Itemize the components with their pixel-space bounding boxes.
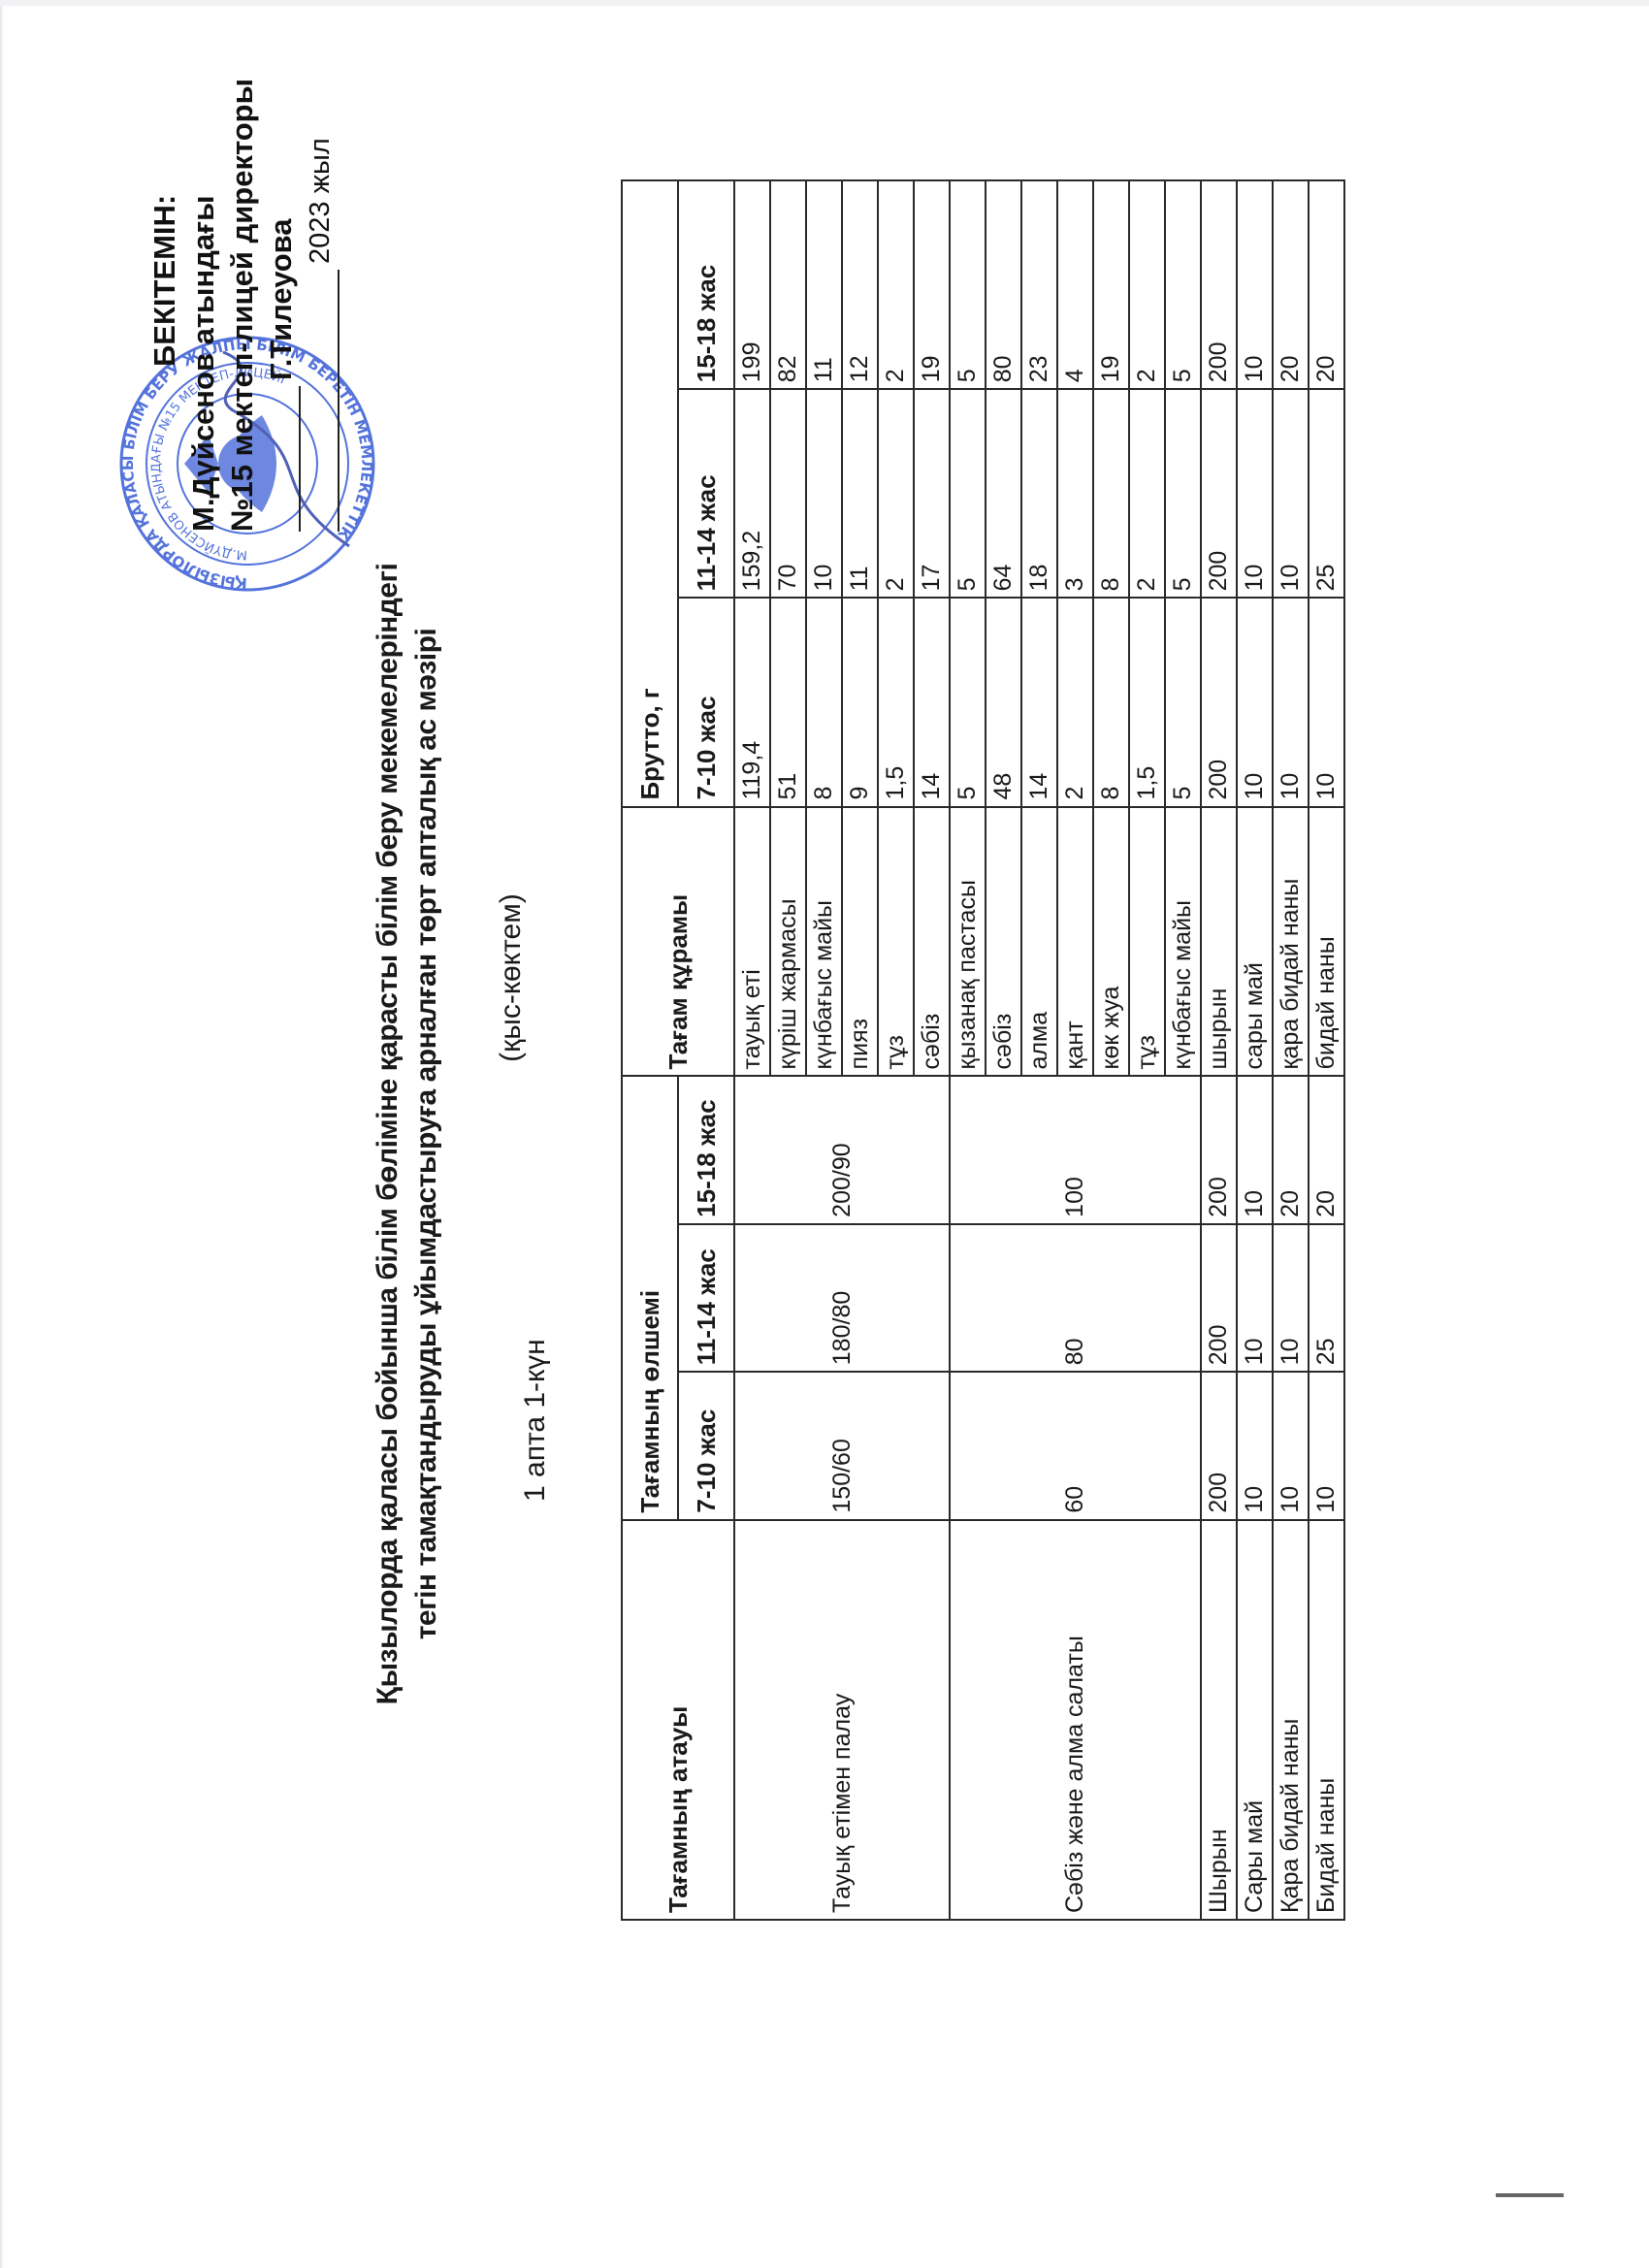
brutto-value-cell: 51: [770, 598, 806, 806]
brutto-value-cell: 2: [878, 389, 914, 598]
ingredient-name-cell: пияз: [842, 807, 878, 1077]
header-brutto-age-11-14: 11-14 жас: [678, 389, 734, 598]
ingredient-name-cell: күнбағыс майы: [806, 807, 842, 1077]
table-header-row: Тағамның атауы Тағамның өлшемі Тағам құр…: [622, 180, 678, 1920]
brutto-value-cell: 18: [1021, 389, 1057, 598]
brutto-value-cell: 11: [842, 389, 878, 598]
scan-edge: [0, 0, 4, 2268]
brutto-value-cell: 200: [1201, 598, 1237, 806]
brutto-value-cell: 8: [806, 598, 842, 806]
brutto-value-cell: 2: [1057, 598, 1093, 806]
brutto-value-cell: 2: [1129, 389, 1165, 598]
table-row: Бидай наны102520бидай наны102520: [1309, 180, 1344, 1920]
ingredient-name-cell: көк жуа: [1093, 807, 1129, 1077]
ingredient-name-cell: тұз: [1129, 807, 1165, 1077]
ingredient-name-cell: қант: [1057, 807, 1093, 1077]
ingredient-name-cell: қызанақ пастасы: [950, 807, 986, 1077]
brutto-value-cell: 5: [1165, 598, 1201, 806]
menu-table: Тағамның атауы Тағамның өлшемі Тағам құр…: [621, 179, 1345, 1921]
brutto-value-cell: 5: [950, 389, 986, 598]
brutto-value-cell: 80: [986, 180, 1021, 389]
brutto-value-cell: 119,4: [734, 598, 770, 806]
portion-size-cell: 10: [1309, 1372, 1344, 1519]
portion-size-cell: 200: [1201, 1372, 1237, 1519]
header-dish-name: Тағамның атауы: [622, 1520, 734, 1920]
portion-size-cell: 80: [950, 1224, 1201, 1372]
brutto-value-cell: 70: [770, 389, 806, 598]
portion-size-cell: 10: [1273, 1224, 1309, 1372]
portion-size-cell: 20: [1273, 1076, 1309, 1223]
table-row: Тауық етімен палау150/60180/80200/90тауы…: [734, 180, 770, 1920]
brutto-value-cell: 5: [950, 598, 986, 806]
ingredient-name-cell: тұз: [878, 807, 914, 1077]
date-blank: [308, 270, 339, 532]
brutto-value-cell: 1,5: [1129, 598, 1165, 806]
brutto-value-cell: 199: [734, 180, 770, 389]
brutto-value-cell: 25: [1309, 389, 1344, 598]
ingredient-name-cell: сәбіз: [914, 807, 950, 1077]
brutto-value-cell: 64: [986, 389, 1021, 598]
portion-size-cell: 180/80: [734, 1224, 950, 1372]
portion-size-cell: 150/60: [734, 1372, 950, 1519]
brutto-value-cell: 10: [1309, 598, 1344, 806]
dish-name-cell: Қара бидай наны: [1273, 1520, 1309, 1920]
brutto-value-cell: 19: [914, 180, 950, 389]
ingredient-name-cell: күріш жармасы: [770, 807, 806, 1077]
brutto-value-cell: 48: [986, 598, 1021, 806]
brutto-value-cell: 3: [1057, 389, 1093, 598]
header-brutto-age-15-18: 15-18 жас: [678, 180, 734, 389]
brutto-value-cell: 14: [1021, 598, 1057, 806]
ingredient-name-cell: күнбағыс майы: [1165, 807, 1201, 1077]
signature-blank: [270, 386, 301, 532]
dish-name-cell: Сары май: [1237, 1520, 1273, 1920]
brutto-value-cell: 5: [950, 180, 986, 389]
portion-size-cell: 10: [1237, 1372, 1273, 1519]
document-title: Қызылорда қаласы бойынша білім бөліміне …: [369, 0, 446, 2268]
header-portion-size: Тағамның өлшемі: [622, 1076, 678, 1519]
dish-name-cell: Шырын: [1201, 1520, 1237, 1920]
table-row: Сәбіз және алма салаты6080100қызанақ пас…: [950, 180, 986, 1920]
scan-artifact: [1496, 2193, 1564, 2197]
header-brutto: Брутто, г: [622, 180, 678, 807]
brutto-value-cell: 200: [1201, 180, 1237, 389]
portion-size-cell: 200/90: [734, 1076, 950, 1223]
table-row: Қара бидай наны101020қара бидай наны1010…: [1273, 180, 1309, 1920]
header-size-age-11-14: 11-14 жас: [678, 1224, 734, 1372]
title-line-1: Қызылорда қаласы бойынша білім бөліміне …: [369, 0, 407, 2268]
header-composition: Тағам құрамы: [622, 807, 734, 1077]
header-size-age-7-10: 7-10 жас: [678, 1372, 734, 1519]
brutto-value-cell: 2: [878, 180, 914, 389]
table-row: Шырын200200200шырын200200200: [1201, 180, 1237, 1920]
brutto-value-cell: 5: [1165, 389, 1201, 598]
ingredient-name-cell: алма: [1021, 807, 1057, 1077]
scan-edge: [0, 0, 1649, 6]
header-size-age-15-18: 15-18 жас: [678, 1076, 734, 1223]
brutto-value-cell: 20: [1273, 180, 1309, 389]
ingredient-name-cell: сары май: [1237, 807, 1273, 1077]
approval-year: 2023 жыл: [301, 138, 339, 264]
dish-name-cell: Бидай наны: [1309, 1520, 1344, 1920]
brutto-value-cell: 9: [842, 598, 878, 806]
brutto-value-cell: 8: [1093, 389, 1129, 598]
approval-school-line: М.Дүйсенов атындағы: [184, 66, 223, 532]
portion-size-cell: 60: [950, 1372, 1201, 1519]
approval-position-line: №15 мектеп-лицей директоры: [223, 66, 262, 532]
approval-title: БЕКІТЕМІН:: [145, 66, 184, 532]
brutto-value-cell: 23: [1021, 180, 1057, 389]
ingredient-name-cell: тауық еті: [734, 807, 770, 1077]
signature-line: Г.Тилеуова: [262, 66, 301, 532]
dish-name-cell: Сәбіз және алма салаты: [950, 1520, 1201, 1920]
menu-table-body: Тауық етімен палау150/60180/80200/90тауы…: [734, 180, 1344, 1920]
brutto-value-cell: 82: [770, 180, 806, 389]
portion-size-cell: 20: [1309, 1076, 1344, 1223]
brutto-value-cell: 20: [1309, 180, 1344, 389]
portion-size-cell: 10: [1237, 1224, 1273, 1372]
brutto-value-cell: 11: [806, 180, 842, 389]
portion-size-cell: 10: [1237, 1076, 1273, 1223]
season-label: (қыс-көктем): [495, 852, 528, 1104]
brutto-value-cell: 10: [1237, 180, 1273, 389]
brutto-value-cell: 159,2: [734, 389, 770, 598]
ingredient-name-cell: сәбіз: [986, 807, 1021, 1077]
date-line: 2023 жыл: [301, 66, 339, 532]
table-row: Сары май101010сары май101010: [1237, 180, 1273, 1920]
brutto-value-cell: 8: [1093, 598, 1129, 806]
document-page: ҚЫЗЫЛОРДА ҚАЛАСЫ БІЛІМ БЕРУ ЖАЛПЫ БІЛІМ …: [0, 0, 1649, 2268]
brutto-value-cell: 1,5: [878, 598, 914, 806]
brutto-value-cell: 10: [806, 389, 842, 598]
ingredient-name-cell: шырын: [1201, 807, 1237, 1077]
portion-size-cell: 200: [1201, 1076, 1237, 1223]
brutto-value-cell: 17: [914, 389, 950, 598]
dish-name-cell: Тауық етімен палау: [734, 1520, 950, 1920]
brutto-value-cell: 2: [1129, 180, 1165, 389]
brutto-value-cell: 4: [1057, 180, 1093, 389]
approval-signer: Г.Тилеуова: [262, 218, 301, 380]
ingredient-name-cell: қара бидай наны: [1273, 807, 1309, 1077]
portion-size-cell: 10: [1273, 1372, 1309, 1519]
portion-size-cell: 200: [1201, 1224, 1237, 1372]
brutto-value-cell: 19: [1093, 180, 1129, 389]
brutto-value-cell: 200: [1201, 389, 1237, 598]
portion-size-cell: 100: [950, 1076, 1201, 1223]
brutto-value-cell: 10: [1273, 389, 1309, 598]
brutto-value-cell: 10: [1237, 389, 1273, 598]
ingredient-name-cell: бидай наны: [1309, 807, 1344, 1077]
portion-size-cell: 25: [1309, 1224, 1344, 1372]
title-line-2: тегін тамақтандыруды ұйымдастыруға арнал…: [407, 0, 446, 2268]
approval-block: БЕКІТЕМІН: М.Дүйсенов атындағы №15 мекте…: [145, 66, 339, 532]
brutto-value-cell: 10: [1273, 598, 1309, 806]
day-label: 1 апта 1-күн: [519, 1308, 552, 1502]
header-brutto-age-7-10: 7-10 жас: [678, 598, 734, 806]
brutto-value-cell: 10: [1237, 598, 1273, 806]
brutto-value-cell: 14: [914, 598, 950, 806]
brutto-value-cell: 12: [842, 180, 878, 389]
brutto-value-cell: 5: [1165, 180, 1201, 389]
